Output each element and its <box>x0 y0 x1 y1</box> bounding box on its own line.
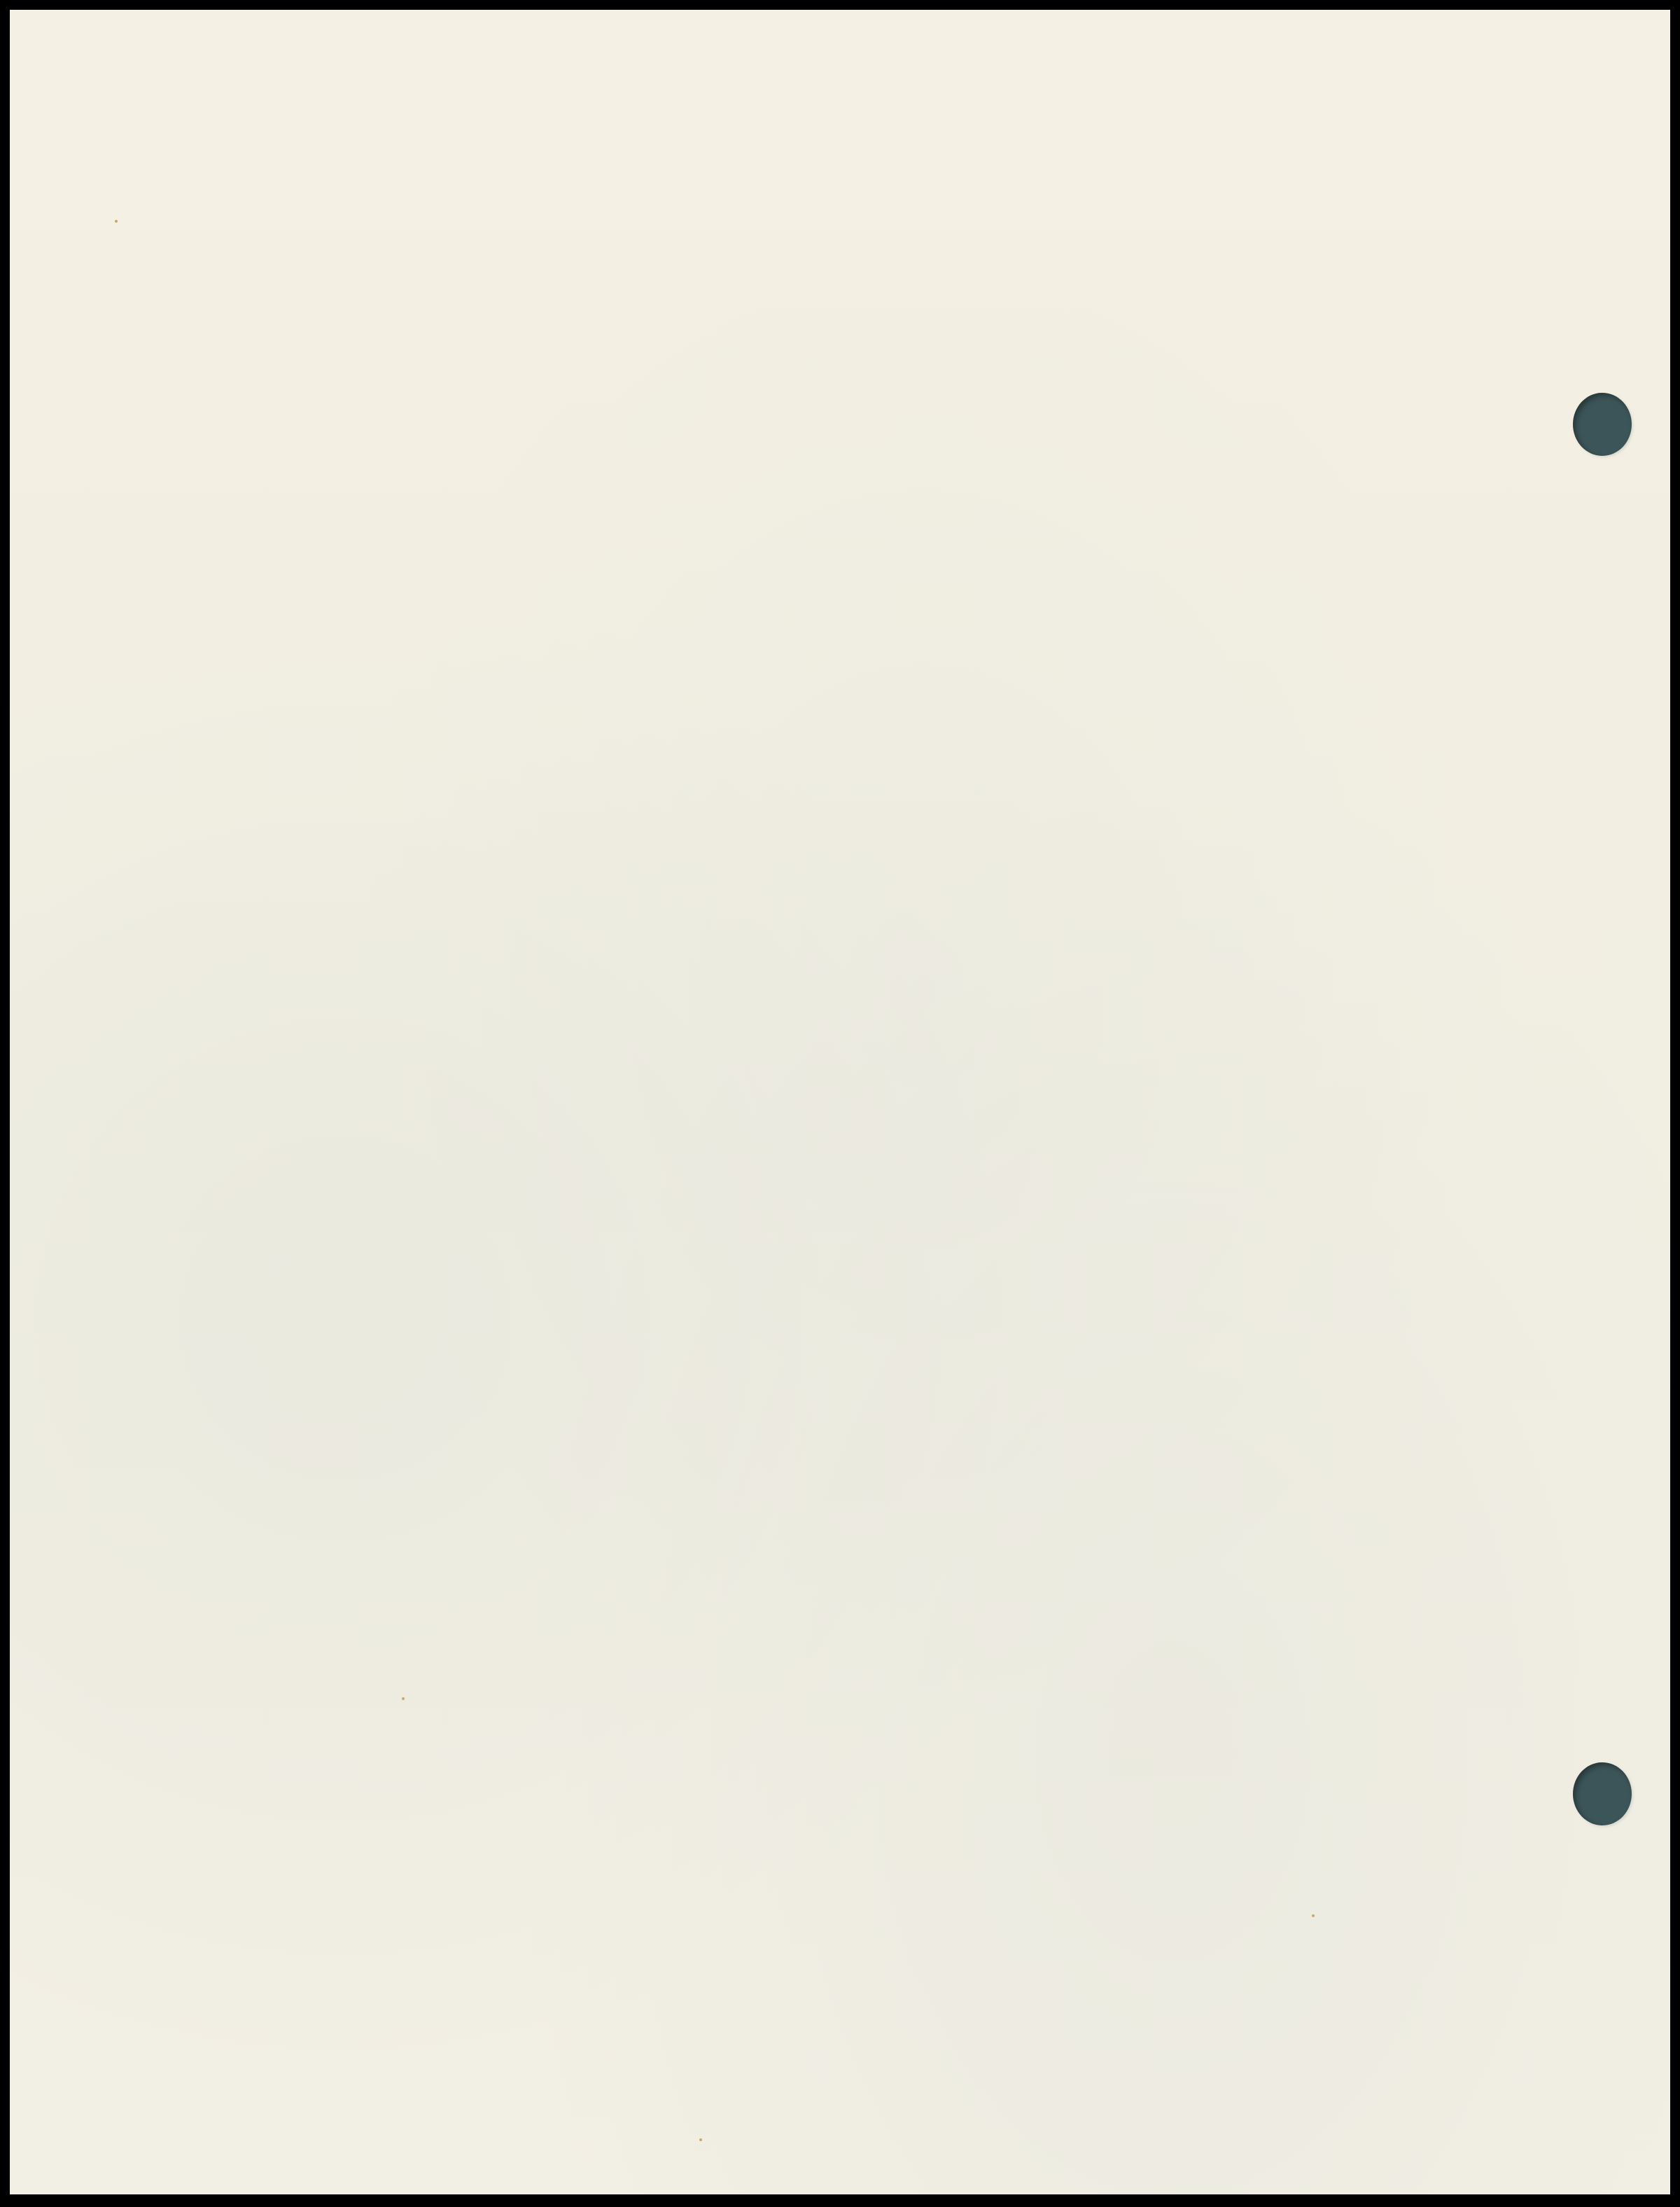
paper-speck <box>1312 1914 1315 1917</box>
punch-hole-top <box>1573 393 1632 456</box>
paper-speck <box>402 1697 405 1700</box>
paper-speck <box>699 2138 702 2141</box>
blank-page <box>10 10 1670 2194</box>
punch-hole-bottom <box>1573 1762 1632 1825</box>
paper-speck <box>115 220 118 223</box>
